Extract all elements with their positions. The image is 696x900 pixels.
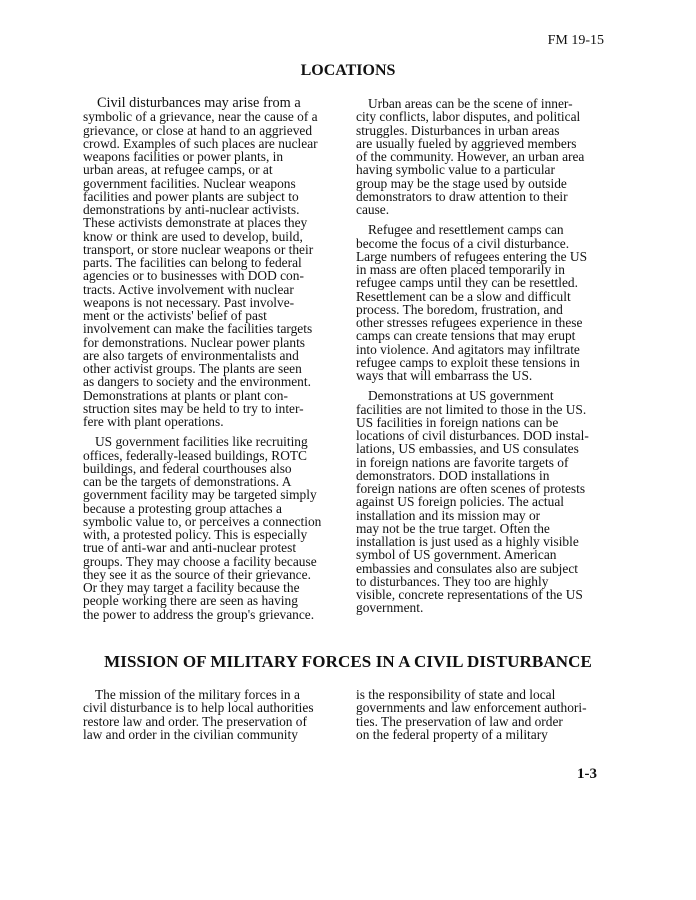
text-line: demonstrators. DOD installations in [356,469,616,482]
text-line: weapons is not necessary. Past involve- [83,296,345,309]
text-line: facilities are not limited to those in t… [356,403,616,416]
mission-left-column: The mission of the military forces in ac… [83,688,345,741]
paragraph: Demonstrations at US governmentfacilitie… [356,389,616,614]
text-line: weapons facilities or power plants, in [83,150,345,163]
mission-right-column: is the responsibility of state and local… [356,688,616,741]
text-line: transport, or store nuclear weapons or t… [83,243,345,256]
text-line: of the community. However, an urban area [356,150,616,163]
text-line: facilities and power plants are subject … [83,190,345,203]
text-line: government. [356,601,616,614]
text-line: Demonstrations at plants or plant con- [83,389,345,402]
text-line: offices, federally-leased buildings, ROT… [83,449,345,462]
text-line: These activists demonstrate at places th… [83,216,345,229]
text-line: on the federal property of a military [356,728,616,741]
text-line: camps can create tensions that may erupt [356,329,616,342]
text-line: in foreign nations are favorite targets … [356,456,616,469]
text-line: struction sites may be held to try to in… [83,402,345,415]
text-line: are usually fueled by aggrieved members [356,137,616,150]
text-line: know or think are used to develop, build… [83,230,345,243]
text-line: crowd. Examples of such places are nucle… [83,137,345,150]
text-line: other activist groups. The plants are se… [83,362,345,375]
text-line: other stresses refugees experience in th… [356,316,616,329]
text-line: Civil disturbances may arise from a [83,97,345,110]
text-line: become the focus of a civil disturbance. [356,237,616,250]
text-line: group may be the stage used by outside [356,177,616,190]
text-line: installation is just used as a highly vi… [356,535,616,548]
text-line: buildings, and federal courthouses also [83,462,345,475]
text-line: as dangers to society and the environmen… [83,375,345,388]
text-line: into violence. And agitators may infiltr… [356,343,616,356]
text-line: government facility may be targeted simp… [83,488,345,501]
text-line: refugee camps to exploit these tensions … [356,356,616,369]
text-line: Refugee and resettlement camps can [356,223,616,236]
text-line: civil disturbance is to help local autho… [83,701,345,714]
section-title-locations: LOCATIONS [0,62,696,80]
running-head: FM 19-15 [548,33,604,49]
text-line: symbolic of a grievance, near the cause … [83,110,345,123]
text-line: grievance, or close at hand to an aggrie… [83,124,345,137]
text-line: Demonstrations at US government [356,389,616,402]
text-line: locations of civil disturbances. DOD ins… [356,429,616,442]
locations-right-column: Urban areas can be the scene of inner-ci… [356,97,616,615]
text-line: urban areas, at refugee camps, or at [83,163,345,176]
text-line: the power to address the group's grievan… [83,608,345,621]
text-line: embassies and consulates also are subjec… [356,562,616,575]
text-line: having symbolic value to a particular [356,163,616,176]
text-line: process. The boredom, frustration, and [356,303,616,316]
text-line: Large numbers of refugees entering the U… [356,250,616,263]
text-line: ties. The preservation of law and order [356,715,616,728]
text-line: with, a protested policy. This is especi… [83,528,345,541]
text-line: ment or the activists' belief of past [83,309,345,322]
section-title-mission: MISSION OF MILITARY FORCES IN A CIVIL DI… [0,652,696,672]
text-line: are also targets of environmentalists an… [83,349,345,362]
locations-left-column: Civil disturbances may arise from asymbo… [83,97,345,621]
paragraph: Civil disturbances may arise from asymbo… [83,97,345,428]
text-line: Resettlement can be a slow and difficult [356,290,616,303]
text-line: ways that will embarrass the US. [356,369,616,382]
text-line: US facilities in foreign nations can be [356,416,616,429]
paragraph: The mission of the military forces in ac… [83,688,345,741]
text-line: visible, concrete representations of the… [356,588,616,601]
text-line: foreign nations are often scenes of prot… [356,482,616,495]
text-line: parts. The facilities can belong to fede… [83,256,345,269]
text-line: demonstrations by anti-nuclear activists… [83,203,345,216]
text-line: symbol of US government. American [356,548,616,561]
text-line: The mission of the military forces in a [83,688,345,701]
text-line: against US foreign policies. The actual [356,495,616,508]
text-line: Or they may target a facility because th… [83,581,345,594]
text-line: lations, US embassies, and US consulates [356,442,616,455]
text-line: US government facilities like recruiting [83,435,345,448]
text-line: in mass are often placed temporarily in [356,263,616,276]
text-line: to disturbances. They too are highly [356,575,616,588]
text-line: people working there are seen as having [83,594,345,607]
text-line: cause. [356,203,616,216]
text-line: can be the targets of demonstrations. A [83,475,345,488]
paragraph: is the responsibility of state and local… [356,688,616,741]
text-line: may not be the true target. Often the [356,522,616,535]
page-number: 1-3 [577,766,597,783]
text-line: refugee camps until they can be resettle… [356,276,616,289]
text-line: fere with plant operations. [83,415,345,428]
text-line: agencies or to businesses with DOD con- [83,269,345,282]
text-line: involvement can make the facilities targ… [83,322,345,335]
text-line: true of anti-war and anti-nuclear protes… [83,541,345,554]
paragraph: US government facilities like recruiting… [83,435,345,621]
text-line: law and order in the civilian community [83,728,345,741]
paragraph: Urban areas can be the scene of inner-ci… [356,97,616,216]
text-line: symbolic value to, or perceives a connec… [83,515,345,528]
text-line: city conflicts, labor disputes, and poli… [356,110,616,123]
text-line: struggles. Disturbances in urban areas [356,124,616,137]
text-line: demonstrators to draw attention to their [356,190,616,203]
text-line: for demonstrations. Nuclear power plants [83,336,345,349]
text-line: groups. They may choose a facility becau… [83,555,345,568]
text-line: installation and its mission may or [356,509,616,522]
text-line: Urban areas can be the scene of inner- [356,97,616,110]
text-line: government facilities. Nuclear weapons [83,177,345,190]
text-line: is the responsibility of state and local [356,688,616,701]
text-line: tracts. Active involvement with nuclear [83,283,345,296]
text-line: governments and law enforcement authori- [356,701,616,714]
paragraph: Refugee and resettlement camps canbecome… [356,223,616,382]
text-line: because a protesting group attaches a [83,502,345,515]
text-line: restore law and order. The preservation … [83,715,345,728]
text-line: they see it as the source of their griev… [83,568,345,581]
